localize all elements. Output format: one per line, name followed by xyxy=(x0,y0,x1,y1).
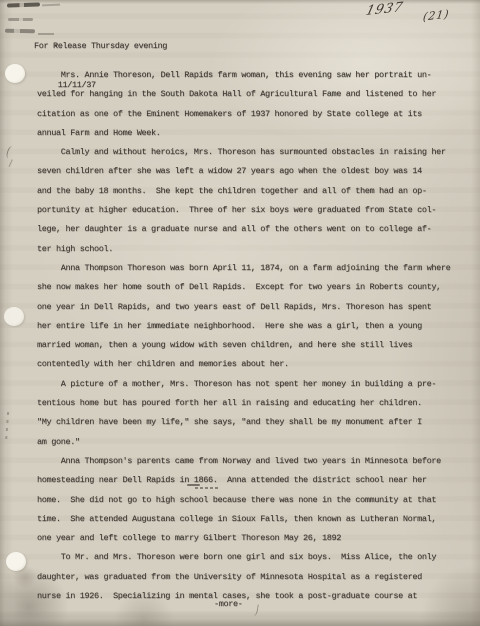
typed-line: annual Farm and Home Week. xyxy=(37,124,450,143)
typed-line: one year and left college to marry Gilbe… xyxy=(37,529,450,548)
typed-line: homesteading near Dell Rapids in 1866. A… xyxy=(37,471,450,490)
typed-line: time. She attended Augustana college in … xyxy=(37,510,450,529)
typed-line: Calmly and without heroics, Mrs. Thoreso… xyxy=(37,143,450,162)
typed-line: ter high school. xyxy=(37,240,450,259)
handwritten-page-number: (21) xyxy=(422,7,450,24)
typed-line: lege, her daughter is a graduate nurse a… xyxy=(37,220,450,239)
typed-line: and the baby 18 months. She kept the chi… xyxy=(37,182,450,201)
typed-line: Anna Thompson's parents came from Norway… xyxy=(37,452,450,471)
pencil-mark xyxy=(5,145,16,160)
scanned-page: 1937 (21) For Release Thursday evening 1… xyxy=(0,0,480,626)
typed-line: "My children have been my life," she say… xyxy=(37,413,450,432)
document-body: Mrs. Annie Thoreson, Dell Rapids farm wo… xyxy=(37,66,450,606)
typed-line: her entire life in her immediate neighbo… xyxy=(37,317,450,336)
typed-line: veiled for hanging in the South Dakota H… xyxy=(37,85,450,104)
pencil-mark xyxy=(9,159,17,168)
typed-line: A picture of a mother, Mrs. Thoreson has… xyxy=(37,375,450,394)
typed-line: contentedly with her children and memori… xyxy=(37,355,450,374)
handwritten-year-annotation: 1937 xyxy=(364,0,405,19)
release-line: For Release Thursday evening xyxy=(34,40,167,53)
typed-line: daughter, was graduated from the Univers… xyxy=(37,568,450,587)
typed-line: nurse in 1926. Specializing in mental ca… xyxy=(37,587,450,606)
punch-hole xyxy=(4,307,24,326)
pencil-mark xyxy=(42,4,60,7)
typed-line: one year in Dell Rapids, and two years e… xyxy=(37,298,450,317)
typed-line: Mrs. Annie Thoreson, Dell Rapids farm wo… xyxy=(37,66,450,85)
typed-line: Anna Thompson Thoreson was born April 11… xyxy=(37,259,450,278)
typed-line: married woman, then a young widow with s… xyxy=(37,336,450,355)
typed-line: citation as one of the Eminent Homemaker… xyxy=(37,105,450,124)
typed-line: seven children after she was left a wido… xyxy=(37,162,450,181)
typed-line: she now makes her home south of Dell Rap… xyxy=(37,278,450,297)
pencil-mark xyxy=(7,2,40,7)
footer-more-marker: -more- xyxy=(214,599,243,609)
typed-line: To Mr. and Mrs. Thoreson were born one g… xyxy=(37,548,450,567)
punch-hole xyxy=(5,64,25,83)
typed-line: home. She did not go to high school beca… xyxy=(37,491,450,510)
typed-line: am gone." xyxy=(37,433,450,452)
pencil-mark xyxy=(8,18,33,21)
typed-line: portunity at higher education. Three of … xyxy=(37,201,450,220)
pencil-mark xyxy=(5,29,35,34)
punch-hole xyxy=(6,552,26,571)
typed-line: tentious home but has poured forth her a… xyxy=(37,394,450,413)
pencil-mark xyxy=(3,412,12,444)
